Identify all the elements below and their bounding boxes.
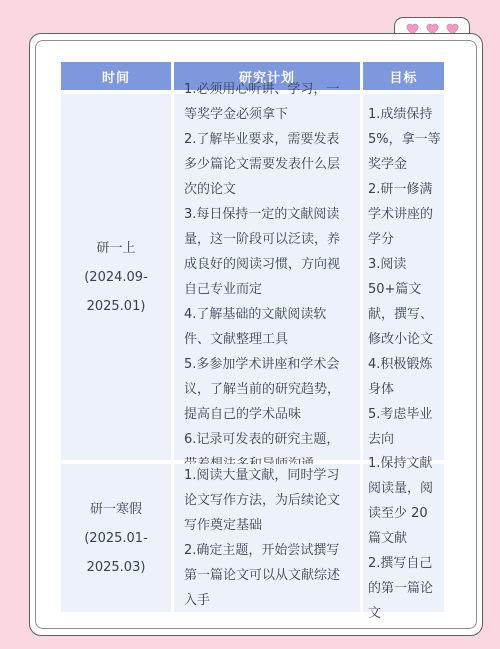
main-card: 时间 研究计划 目标 研一上 (2024.09-2025.01) 1.必须用心听… <box>29 33 483 636</box>
list-item: 2.确定主题，开始尝试撰写第一篇论文可以从文献综述入手 <box>184 538 352 613</box>
list-item: 4.了解基础的文献阅读软件、文献整理工具 <box>184 302 352 352</box>
header-cell-time: 时间 <box>61 62 171 90</box>
row2-goal-cell: 1.保持文献阅读量，阅读至少 20 篇文献2.撰写自己的第一篇论文 <box>363 464 444 612</box>
row2-time-cell: 研一寒假 (2025.01-2025.03) <box>61 464 171 612</box>
list-item: 1.保持文献阅读量，阅读至少 20 篇文献 <box>368 451 442 551</box>
list-item: 5.多参加学术讲座和学术会议，了解当前的研究趋势，提高自己的学术品味 <box>184 352 352 427</box>
row2-time-title: 研一寒假 <box>90 495 142 524</box>
header-cell-goal: 目标 <box>363 62 444 90</box>
row1-plan-cell: 1.必须用心听讲、学习，一等奖学金必须拿下2.了解毕业要求，需要发表多少篇论文需… <box>174 94 360 460</box>
list-item: 2.了解毕业要求，需要发表多少篇论文需要发表什么层次的论文 <box>184 127 352 202</box>
list-item: 5.考虑毕业去向 <box>368 402 442 452</box>
list-item: 1.阅读大量文献，同时学习论文写作方法，为后续论文写作奠定基础 <box>184 463 352 538</box>
list-item: 1.必须用心听讲、学习，一等奖学金必须拿下 <box>184 77 352 127</box>
row2-time-range: (2025.01-2025.03) <box>61 524 171 582</box>
study-plan-table: 时间 研究计划 目标 研一上 (2024.09-2025.01) 1.必须用心听… <box>61 62 444 612</box>
list-item: 2.撰写自己的第一篇论文 <box>368 551 442 626</box>
row1-goal-cell: 1.成绩保持 5%，拿一等奖学金2.研一修满学术讲座的学分3.阅读 50+篇文献… <box>363 94 444 460</box>
list-item: 1.成绩保持 5%，拿一等奖学金 <box>368 102 442 177</box>
list-item: 3.阅读 50+篇文献，撰写、修改小论文 <box>368 252 442 352</box>
list-item: 4.积极锻炼身体 <box>368 352 442 402</box>
list-item: 2.研一修满学术讲座的学分 <box>368 177 442 252</box>
list-item: 3.每日保持一定的文献阅读量，这一阶段可以泛读，养成良好的阅读习惯，方向视自己专… <box>184 202 352 302</box>
row1-time-range: (2024.09-2025.01) <box>61 263 171 321</box>
row1-time-title: 研一上 <box>96 234 135 263</box>
row1-time-cell: 研一上 (2024.09-2025.01) <box>61 94 171 460</box>
page-background: 时间 研究计划 目标 研一上 (2024.09-2025.01) 1.必须用心听… <box>0 0 500 649</box>
row2-plan-cell: 1.阅读大量文献，同时学习论文写作方法，为后续论文写作奠定基础2.确定主题，开始… <box>174 464 360 612</box>
